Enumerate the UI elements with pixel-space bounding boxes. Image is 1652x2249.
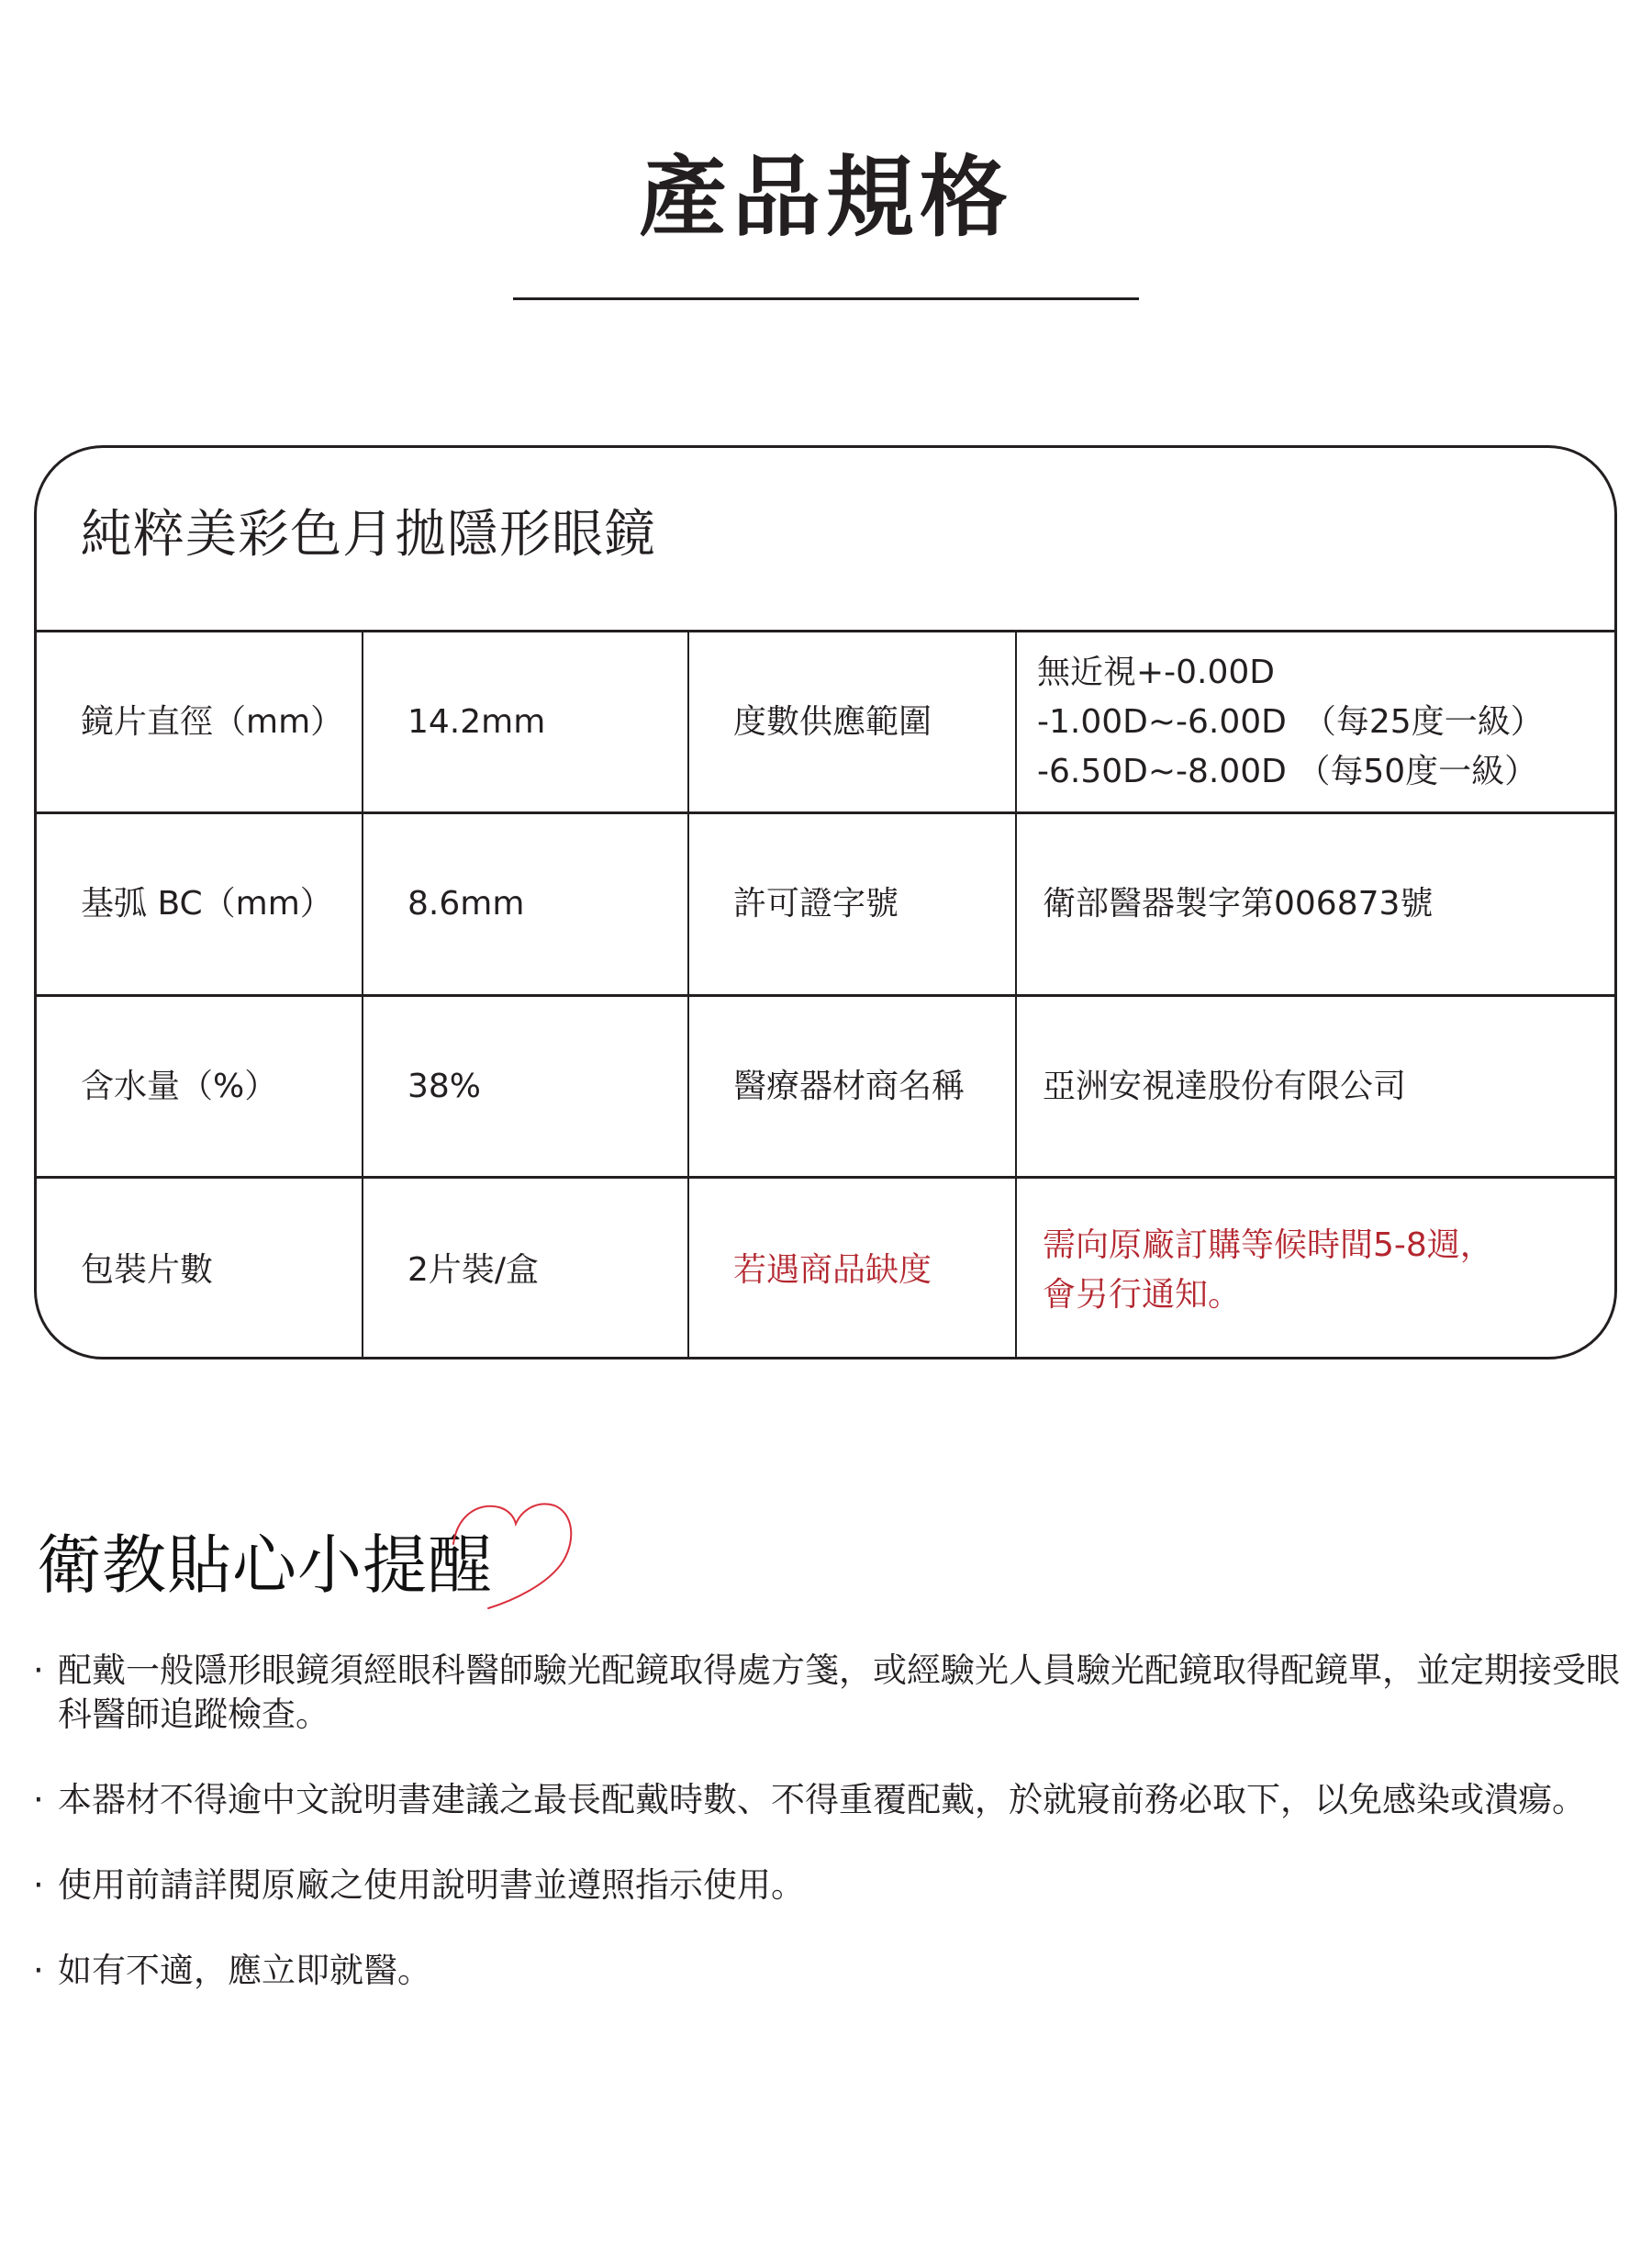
spec-value-text: 亞洲安視達股份有限公司 xyxy=(1043,1062,1406,1112)
spec-value-vendor: 亞洲安視達股份有限公司 xyxy=(1017,997,1614,1176)
power-range-line: -1.00D~-6.00D （每25度一級） xyxy=(1037,698,1544,747)
spec-card-header: 純粹美彩色月拋隱形眼鏡 xyxy=(37,448,1614,632)
power-range-line: 無近視+-0.00D xyxy=(1037,648,1544,698)
spec-value-text: 14.2mm xyxy=(407,698,545,747)
spec-label-diameter: 鏡片直徑（mm） xyxy=(37,632,363,811)
spec-label-text: 許可證字號 xyxy=(733,879,899,929)
reminder-title: 衛教貼心小提醒 xyxy=(37,1524,493,1606)
spec-label-out-of-stock: 若遇商品缺度 xyxy=(689,1179,1017,1359)
spec-value-license: 衛部醫器製字第006873號 xyxy=(1017,814,1614,994)
spec-value-diameter: 14.2mm xyxy=(363,632,689,811)
reminder-item: · 如有不適，應立即就醫。 xyxy=(33,1949,1621,1993)
reminder-text: 配戴一般隱形眼鏡須經眼科醫師驗光配鏡取得處方箋，或經驗光人員驗光配鏡取得配鏡單，… xyxy=(58,1650,1620,1734)
spec-label-text: 醫療器材商名稱 xyxy=(733,1062,965,1112)
power-range-line: -6.50D~-8.00D （每50度一級） xyxy=(1037,747,1544,797)
spec-label-text: 基弧 BC（mm） xyxy=(81,879,333,929)
spec-label-base-curve: 基弧 BC（mm） xyxy=(37,814,363,994)
reminder-item: · 配戴一般隱形眼鏡須經眼科醫師驗光配鏡取得處方箋，或經驗光人員驗光配鏡取得配鏡… xyxy=(33,1649,1621,1737)
spec-value-water-content: 38% xyxy=(363,997,689,1176)
bullet: · xyxy=(33,1778,44,1822)
product-name: 純粹美彩色月拋隱形眼鏡 xyxy=(81,503,656,567)
spec-value-package: 2片裝/盒 xyxy=(363,1179,689,1359)
reminder-text: 如有不適，應立即就醫。 xyxy=(58,1951,431,1990)
reminder-text: 使用前請詳閱原廠之使用說明書並遵照指示使用。 xyxy=(58,1865,805,1905)
spec-label-text: 包裝片數 xyxy=(81,1246,213,1295)
spec-table-card: 純粹美彩色月拋隱形眼鏡 鏡片直徑（mm） 14.2mm 度數供應範圍 無近視+-… xyxy=(34,445,1617,1359)
spec-label-package: 包裝片數 xyxy=(37,1179,363,1359)
spec-label-license: 許可證字號 xyxy=(689,814,1017,994)
page-title: 產品規格 xyxy=(0,147,1652,248)
spec-row-base-curve: 基弧 BC（mm） 8.6mm 許可證字號 衛部醫器製字第006873號 xyxy=(37,814,1614,997)
bullet: · xyxy=(33,1863,44,1908)
spec-label-vendor: 醫療器材商名稱 xyxy=(689,997,1017,1176)
spec-value-text: 8.6mm xyxy=(407,879,524,929)
spec-value-text: 衛部醫器製字第006873號 xyxy=(1043,879,1433,929)
heart-icon xyxy=(448,1498,576,1612)
reminder-item: · 本器材不得逾中文說明書建議之最長配戴時數、不得重覆配戴，於就寢前務必取下，以… xyxy=(33,1778,1621,1822)
spec-label-text: 若遇商品缺度 xyxy=(733,1246,932,1295)
spec-label-text: 度數供應範圍 xyxy=(733,698,932,747)
spec-row-package: 包裝片數 2片裝/盒 若遇商品缺度 需向原廠訂購等候時間5-8週， 會另行通知。 xyxy=(37,1179,1614,1359)
spec-value-text: 2片裝/盒 xyxy=(407,1246,539,1295)
out-of-stock-line: 會另行通知。 xyxy=(1043,1270,1493,1320)
reminder-list: · 配戴一般隱形眼鏡須經眼科醫師驗光配鏡取得處方箋，或經驗光人員驗光配鏡取得配鏡… xyxy=(33,1649,1621,2034)
bullet: · xyxy=(33,1949,44,1993)
out-of-stock-line: 需向原廠訂購等候時間5-8週， xyxy=(1043,1221,1493,1270)
spec-label-text: 含水量（%） xyxy=(81,1062,277,1112)
reminder-text: 本器材不得逾中文說明書建議之最長配戴時數、不得重覆配戴，於就寢前務必取下，以免感… xyxy=(58,1780,1586,1819)
spec-value-out-of-stock: 需向原廠訂購等候時間5-8週， 會另行通知。 xyxy=(1017,1179,1614,1359)
spec-label-power-range: 度數供應範圍 xyxy=(689,632,1017,811)
spec-value-base-curve: 8.6mm xyxy=(363,814,689,994)
spec-label-text: 鏡片直徑（mm） xyxy=(81,698,343,747)
spec-row-diameter: 鏡片直徑（mm） 14.2mm 度數供應範圍 無近視+-0.00D -1.00D… xyxy=(37,632,1614,814)
bullet: · xyxy=(33,1649,44,1693)
spec-value-power-range: 無近視+-0.00D -1.00D~-6.00D （每25度一級） -6.50D… xyxy=(1017,632,1614,811)
reminder-item: · 使用前請詳閱原廠之使用說明書並遵照指示使用。 xyxy=(33,1863,1621,1908)
spec-label-water-content: 含水量（%） xyxy=(37,997,363,1176)
title-divider xyxy=(513,297,1139,300)
spec-value-text: 38% xyxy=(407,1062,481,1112)
spec-row-water-content: 含水量（%） 38% 醫療器材商名稱 亞洲安視達股份有限公司 xyxy=(37,997,1614,1179)
